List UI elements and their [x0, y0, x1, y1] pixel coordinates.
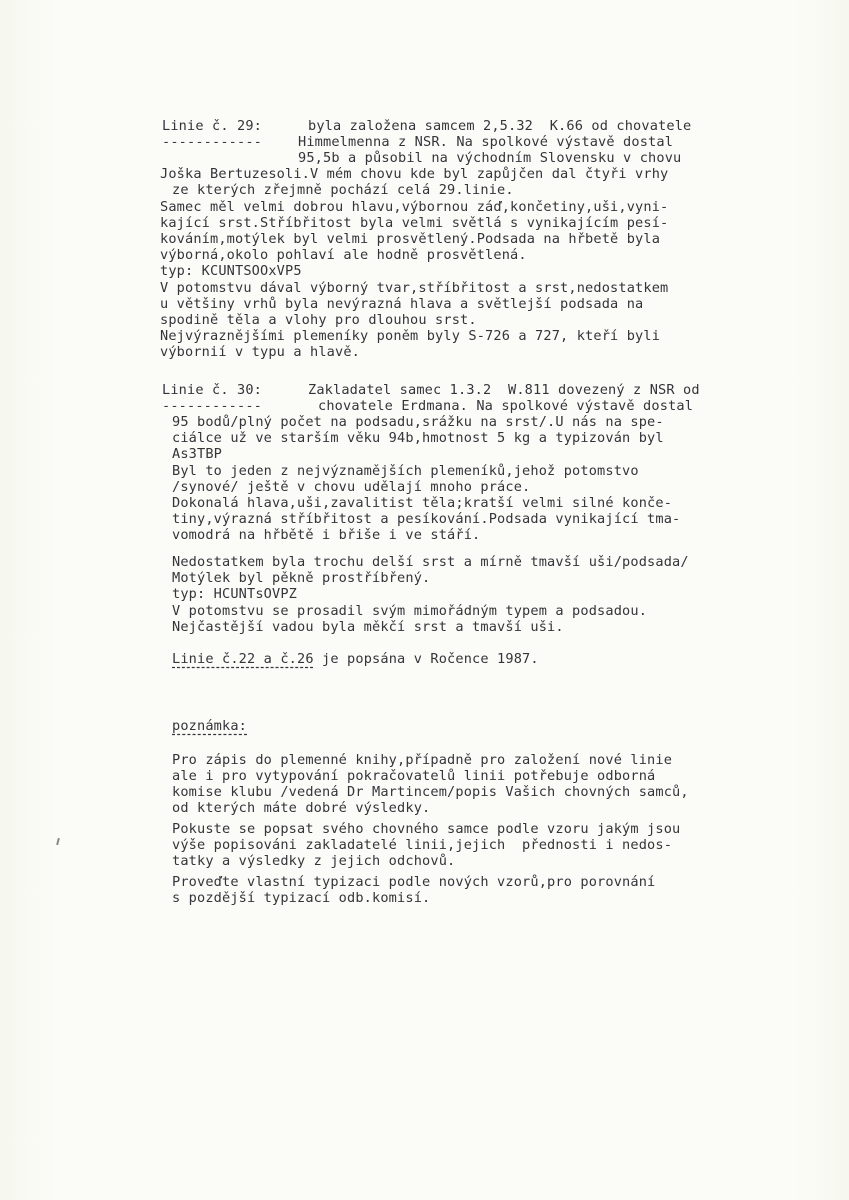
text-line: spodině těla a vlohy pro dlouhou srst.: [160, 312, 477, 328]
line30-heading: Linie č. 30:: [162, 382, 262, 398]
text-line: Samec měl velmi dobrou hlavu,výbornou zá…: [160, 199, 668, 215]
type-code-line: As3TBP: [172, 446, 222, 462]
text-line: ze kterých zřejmně pochází celá 29.linie…: [172, 182, 514, 198]
line29-heading: Linie č. 29:: [162, 118, 262, 134]
note-line: komise klubu /vedená Dr Martincem/popis …: [172, 784, 689, 800]
reference-label: Linie č.22 a č.26: [172, 651, 314, 667]
reference-text: je popsána v Ročence 1987.: [314, 651, 539, 667]
text-line: Byl to jeden z nejvýznamějších plemeníků…: [172, 463, 639, 479]
text-line: 95 bodů/plný počet na podsadu,srážku na …: [172, 414, 664, 430]
text-line: /synové/ ještě v chovu udělají mnoho prá…: [172, 479, 530, 495]
text-line: výbornií v typu a hlavě.: [160, 344, 360, 360]
note-line: s pozdější typizací odb.komisí.: [172, 890, 430, 906]
text-line: kováním,motýlek byl velmi prosvětlený.Po…: [160, 231, 660, 247]
note-line: výše popisováni zakladatelé linii,jejich…: [172, 837, 672, 853]
text-line: Zakladatel samec 1.3.2 W.811 dovezený z …: [308, 382, 700, 398]
text-line: Nejčastější vadou byla měkčí srst a tmav…: [172, 619, 564, 635]
text-line: V potomstvu se prosadil svým mimořádným …: [172, 603, 647, 619]
text-line: chovatele Erdmana. Na spolkové výstavě d…: [318, 398, 693, 414]
text-line: Joška Bertuzesoli.V mém chovu kde byl za…: [160, 166, 668, 182]
text-line: 95,5b a působil na východním Slovensku v…: [298, 150, 681, 166]
text-line: vomodrá na hřbětě i břiše i ve stáří.: [172, 527, 480, 543]
note-line: ale i pro vytypování pokračovatelů linii…: [172, 768, 655, 784]
text-line: Dokonalá hlava,uši,zavalitist těla;kratš…: [172, 495, 672, 511]
text-line: Motýlek byl pěkně prostříbřený.: [172, 570, 430, 586]
typewritten-page: Linie č. 29: ------------ byla založena …: [0, 0, 849, 1200]
text-line: tiny,výrazná stříbřitost a pesíkování.Po…: [172, 511, 680, 527]
text-line: ciálce už ve starším věku 94b,hmotnost 5…: [172, 430, 664, 446]
text-line: byla založena samcem 2,5.32 K.66 od chov…: [308, 118, 691, 134]
line30-heading-underline: ------------: [162, 401, 262, 411]
text-line: Himmelmenna z NSR. Na spolkové výstavě d…: [298, 134, 673, 150]
type-code-line: typ: HCUNTsOVPZ: [172, 586, 297, 602]
note-line: Pro zápis do plemenné knihy,případně pro…: [172, 752, 672, 768]
note-line: Proveďte vlastní typizaci podle nových v…: [172, 874, 655, 890]
text-line: Nejvýraznějšími plemeníky poněm byly S-7…: [160, 328, 660, 344]
text-line: u většiny vrhů byla nevýrazná hlava a sv…: [160, 296, 643, 312]
note-line: od kterých máte dobré výsledky.: [172, 800, 430, 816]
note-line: tatky a výsledky z jejich odchovů.: [172, 853, 455, 869]
reference-line: Linie č.22 a č.26 je popsána v Ročence 1…: [172, 651, 539, 667]
type-code-line: typ: KCUNTSOOxVP5: [160, 263, 302, 279]
text-line: kající srst.Stříbřitost byla velmi světl…: [160, 215, 668, 231]
text-line: Nedostatkem byla trochu delší srst a mír…: [172, 554, 689, 570]
line29-heading-underline: ------------: [162, 137, 262, 147]
note-line: Pokuste se popsat svého chovného samce p…: [172, 821, 680, 837]
margin-ink-mark: [56, 838, 60, 845]
text-line: V potomstvu dával výborný tvar,stříbřito…: [160, 280, 668, 296]
note-heading: poznámka:: [172, 718, 247, 734]
text-line: výborná,okolo pohlaví ale hodně prosvětl…: [160, 247, 527, 263]
